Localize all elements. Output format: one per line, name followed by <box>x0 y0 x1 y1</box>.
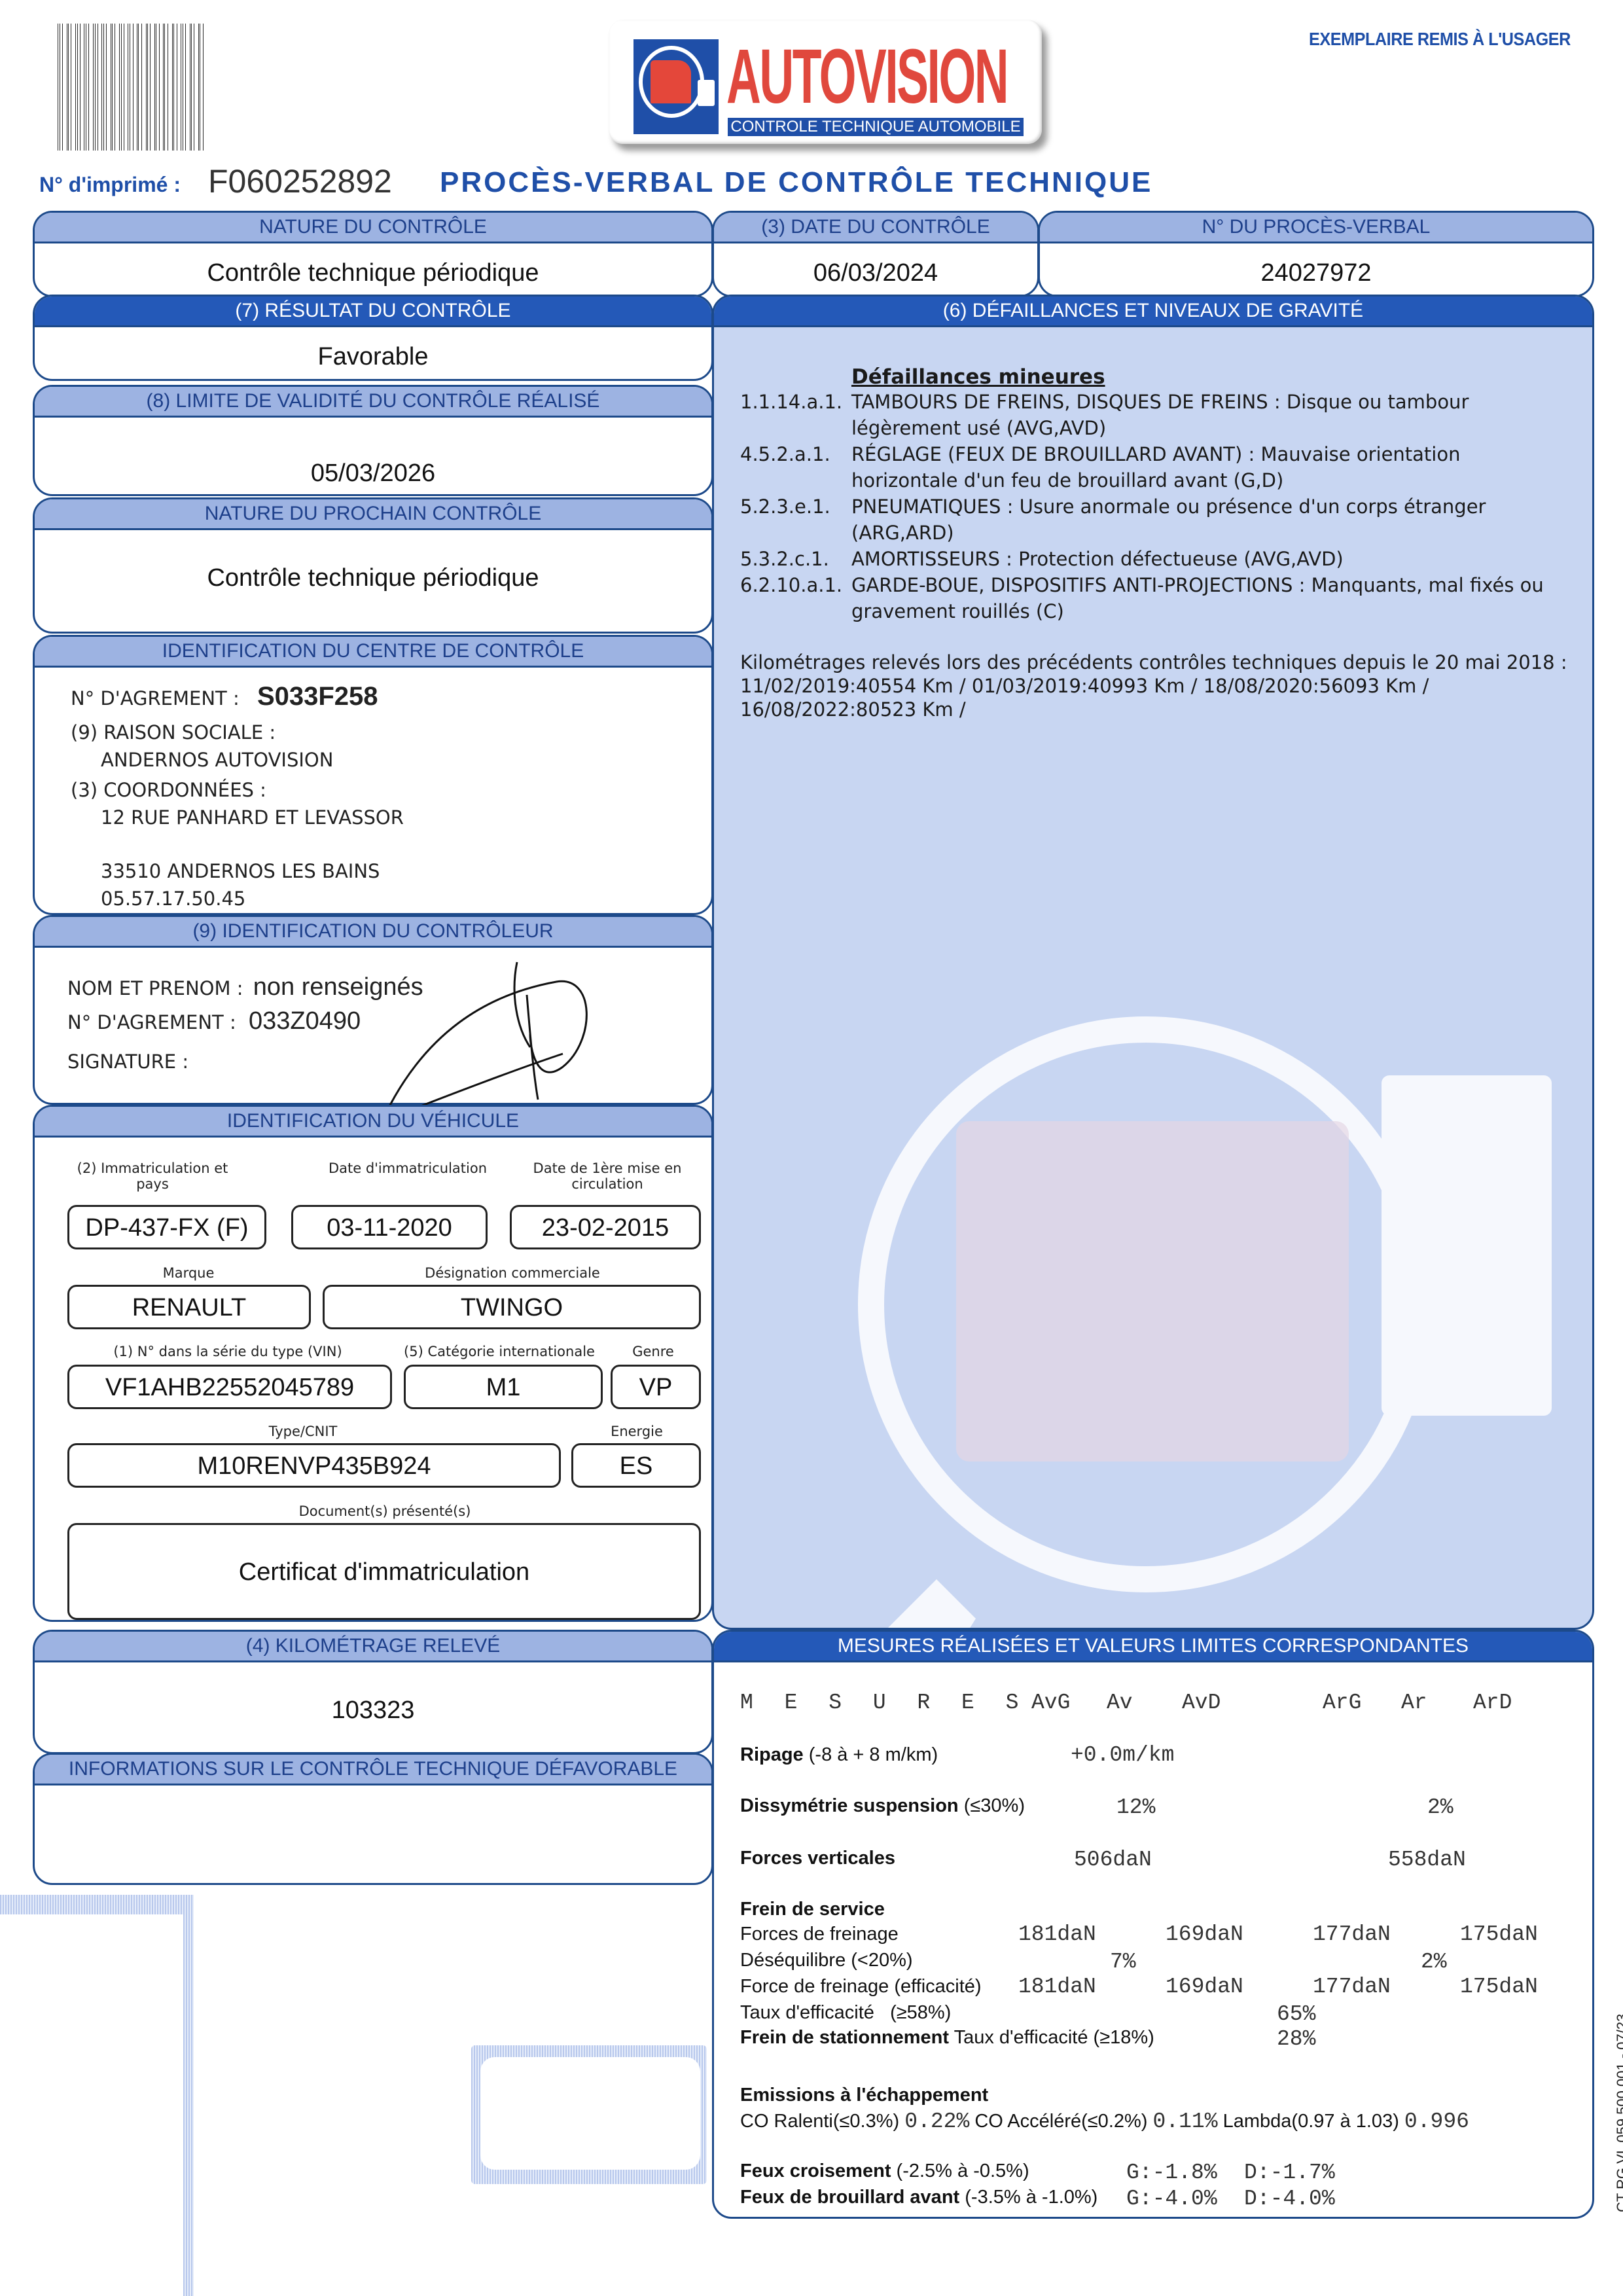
forces-verticales-label: Forces verticales <box>740 1848 895 1869</box>
section-header: (4) KILOMÉTRAGE RELEVÉ <box>35 1632 711 1662</box>
section-header: (7) RÉSULTAT DU CONTRÔLE <box>35 296 711 327</box>
logo-brand: AUTOVISION <box>726 38 1007 115</box>
imprime-number: F060252892 <box>208 162 392 200</box>
imprime-label: N° d'imprimé : <box>39 173 181 197</box>
taux-efficacite-label: Taux d'efficacité (≥58%) <box>740 2002 951 2024</box>
marque-label: Marque <box>67 1265 310 1281</box>
co-ralenti-value: 0.22% <box>904 2109 969 2134</box>
forces-freinage-avd: 169daN <box>1166 1922 1243 1946</box>
controleur-nom-label: NOM ET PRENOM : <box>67 977 243 999</box>
date-circ-label: Date de 1ère mise en circulation <box>519 1160 696 1192</box>
date-circ-value: 23-02-2015 <box>510 1205 701 1249</box>
section-date-controle: (3) DATE DU CONTRÔLE 06/03/2024 <box>712 211 1039 297</box>
date-controle-value: 06/03/2024 <box>714 243 1037 287</box>
frein-stationnement-label: Frein de stationnement <box>740 2027 949 2048</box>
section-limite-validite: (8) LIMITE DE VALIDITÉ DU CONTRÔLE RÉALI… <box>33 385 713 496</box>
feux-brouillard-d: D:-4.0% <box>1244 2187 1335 2211</box>
defaillance-item: 1.1.14.a.1.TAMBOURS DE FREINS, DISQUES D… <box>740 389 1573 441</box>
logo-tagline: CONTROLE TECHNIQUE AUTOMOBILE <box>728 118 1024 136</box>
section-header: NATURE DU CONTRÔLE <box>35 213 711 243</box>
categorie-label: (5) Catégorie internationale <box>401 1344 597 1359</box>
defaillances-heading: Défaillances mineures <box>851 365 1573 389</box>
autovision-logo: AUTOVISION CONTROLE TECHNIQUE AUTOMOBILE <box>609 20 1042 144</box>
dissymetrie-av: 12% <box>1116 1795 1155 1820</box>
magnifier-car-icon <box>633 39 719 134</box>
marque-value: RENAULT <box>67 1285 311 1329</box>
km-history: 11/02/2019:40554 Km / 01/03/2019:40993 K… <box>740 674 1573 721</box>
nature-controle-value: Contrôle technique périodique <box>35 243 711 287</box>
defaillance-code: 4.5.2.a.1. <box>740 441 851 493</box>
defaillance-code: 6.2.10.a.1. <box>740 572 851 624</box>
form-reference-code: CT RG VL 059 500 001 - 07/23 <box>1614 2014 1623 2212</box>
section-header: N° DU PROCÈS-VERBAL <box>1040 213 1592 243</box>
section-header: IDENTIFICATION DU VÉHICULE <box>35 1107 711 1138</box>
section-prochain-controle: NATURE DU PROCHAIN CONTRÔLE Contrôle tec… <box>33 497 713 634</box>
defaillance-item: 4.5.2.a.1.RÉGLAGE (FEUX DE BROUILLARD AV… <box>740 441 1573 493</box>
phone: 05.57.17.50.45 <box>71 885 404 912</box>
date-immat-value: 03-11-2020 <box>291 1205 488 1249</box>
section-header: INFORMATIONS SUR LE CONTRÔLE TECHNIQUE D… <box>35 1755 711 1785</box>
col-avg: AvG <box>1031 1691 1070 1715</box>
raison-sociale-label: (9) RAISON SOCIALE : <box>71 719 404 746</box>
genre-label: Genre <box>604 1344 702 1359</box>
section-centre: IDENTIFICATION DU CENTRE DE CONTRÔLE N° … <box>33 635 713 915</box>
forces-freinage-arg: 177daN <box>1313 1922 1391 1946</box>
efficacite-avd: 169daN <box>1166 1975 1243 1999</box>
categorie-value: M1 <box>404 1365 603 1409</box>
km-history-intro: Kilométrages relevés lors des précédents… <box>740 651 1573 674</box>
limite-validite-value: 05/03/2026 <box>35 418 711 488</box>
forces-verticales-av: 506daN <box>1074 1848 1152 1872</box>
section-mesures: MESURES RÉALISÉES ET VALEURS LIMITES COR… <box>712 1630 1594 2219</box>
section-header: NATURE DU PROCHAIN CONTRÔLE <box>35 499 711 530</box>
efficacite-avg: 181daN <box>1018 1975 1096 1999</box>
section-numero-pv: N° DU PROCÈS-VERBAL 24027972 <box>1038 211 1594 297</box>
taux-efficacite-value: 65% <box>1277 2002 1315 2026</box>
lambda-label: Lambda(0.97 à 1.03) <box>1223 2111 1399 2132</box>
defaillance-item: 6.2.10.a.1.GARDE-BOUE, DISPOSITIFS ANTI-… <box>740 572 1573 624</box>
frein-stationnement-taux-label: Taux d'efficacité (≥18%) <box>954 2027 1154 2048</box>
defaillance-item: 5.2.3.e.1.PNEUMATIQUES : Usure anormale … <box>740 493 1573 546</box>
feux-croisement-g: G:-1.8% <box>1126 2161 1217 2185</box>
signature-scribble <box>366 956 641 1119</box>
dissymetrie-limit: (≤30%) <box>964 1795 1025 1816</box>
dissymetrie-ar: 2% <box>1427 1795 1454 1820</box>
co-accelere-value: 0.11% <box>1153 2109 1218 2134</box>
vin-label: (1) N° dans la série du type (VIN) <box>67 1344 388 1359</box>
section-kilometrage: (4) KILOMÉTRAGE RELEVÉ 103323 <box>33 1630 713 1754</box>
forces-freinage-ard: 175daN <box>1460 1922 1538 1946</box>
desequilibre-av: 7% <box>1110 1950 1136 1974</box>
resultat-value: Favorable <box>35 327 711 371</box>
page-title: PROCÈS-VERBAL DE CONTRÔLE TECHNIQUE <box>440 166 1152 199</box>
section-nature-controle: NATURE DU CONTRÔLE Contrôle technique pé… <box>33 211 713 297</box>
hatched-frame <box>0 1895 194 1914</box>
desequilibre-label: Déséquilibre (<20%) <box>740 1950 913 1971</box>
documents-label: Document(s) présenté(s) <box>67 1503 702 1519</box>
section-defaillances: (6) DÉFAILLANCES ET NIVEAUX DE GRAVITÉ D… <box>712 295 1594 1630</box>
feux-croisement-d: D:-1.7% <box>1244 2161 1335 2185</box>
ripage-value: +0.0m/km <box>1071 1743 1174 1767</box>
efficacite-ard: 175daN <box>1460 1975 1538 1999</box>
hatched-frame <box>183 1895 194 2296</box>
defaillance-item: 5.3.2.c.1.AMORTISSEURS : Protection défe… <box>740 546 1573 572</box>
immat-label: (2) Immatriculation et pays <box>67 1160 238 1192</box>
genre-value: VP <box>611 1365 701 1409</box>
forces-freinage-avg: 181daN <box>1018 1922 1096 1946</box>
section-header: (6) DÉFAILLANCES ET NIVEAUX DE GRAVITÉ <box>714 296 1592 327</box>
ripage-limit: (-8 à + 8 m/km) <box>809 1744 938 1765</box>
barcode <box>58 24 207 151</box>
numero-pv-value: 24027972 <box>1040 243 1592 287</box>
defaillance-text: GARDE-BOUE, DISPOSITIFS ANTI-PROJECTIONS… <box>851 572 1573 624</box>
efficacite-arg: 177daN <box>1313 1975 1391 1999</box>
defaillance-code: 5.2.3.e.1. <box>740 493 851 546</box>
col-ar: Ar <box>1401 1691 1427 1715</box>
hatched-frame <box>471 2045 707 2184</box>
frein-service-label: Frein de service <box>740 1899 885 1920</box>
prochain-controle-value: Contrôle technique périodique <box>35 530 711 592</box>
desequilibre-ar: 2% <box>1421 1950 1447 1974</box>
raison-sociale-value: ANDERNOS AUTOVISION <box>71 746 404 774</box>
feux-croisement-limit: (-2.5% à -0.5%) <box>897 2161 1029 2181</box>
section-defavorable: INFORMATIONS SUR LE CONTRÔLE TECHNIQUE D… <box>33 1753 713 1885</box>
section-header: IDENTIFICATION DU CENTRE DE CONTRÔLE <box>35 637 711 668</box>
centre-agrement-value: S033F258 <box>257 682 378 711</box>
defaillance-code: 1.1.14.a.1. <box>740 389 851 441</box>
section-vehicule: IDENTIFICATION DU VÉHICULE (2) Immatricu… <box>33 1105 713 1622</box>
address-line2: 33510 ANDERNOS LES BAINS <box>71 857 404 885</box>
vin-value: VF1AHB22552045789 <box>67 1365 392 1409</box>
controleur-agrement-label: N° D'AGREMENT : <box>67 1011 236 1033</box>
frein-stationnement-value: 28% <box>1277 2027 1315 2051</box>
designation-label: Désignation commerciale <box>323 1265 702 1281</box>
feux-brouillard-g: G:-4.0% <box>1126 2187 1217 2211</box>
type-label: Type/CNIT <box>67 1424 539 1439</box>
co-accelere-label: CO Accéléré(≤0.2%) <box>974 2111 1147 2132</box>
section-header: (3) DATE DU CONTRÔLE <box>714 213 1037 243</box>
section-header: (8) LIMITE DE VALIDITÉ DU CONTRÔLE RÉALI… <box>35 387 711 418</box>
date-immat-label: Date d'immatriculation <box>310 1160 506 1176</box>
type-value: M10RENVP435B924 <box>67 1443 561 1488</box>
controleur-agrement-value: 033Z0490 <box>249 1007 361 1035</box>
dissymetrie-label: Dissymétrie suspension <box>740 1795 959 1816</box>
energie-value: ES <box>571 1443 701 1488</box>
feux-croisement-label: Feux croisement <box>740 2161 891 2181</box>
section-header: (9) IDENTIFICATION DU CONTRÔLEUR <box>35 917 711 948</box>
defaillance-text: RÉGLAGE (FEUX DE BROUILLARD AVANT) : Mau… <box>851 441 1573 493</box>
immat-value: DP-437-FX (F) <box>67 1205 266 1249</box>
kilometrage-value: 103323 <box>35 1662 711 1725</box>
col-av: Av <box>1107 1691 1133 1715</box>
col-avd: AvD <box>1182 1691 1221 1715</box>
co-ralenti-label: CO Ralenti(≤0.3%) <box>740 2111 899 2132</box>
feux-brouillard-label: Feux de brouillard avant <box>740 2187 959 2208</box>
defaillance-text: PNEUMATIQUES : Usure anormale ou présenc… <box>851 493 1573 546</box>
col-arg: ArG <box>1323 1691 1361 1715</box>
defaillance-text: AMORTISSEURS : Protection défectueuse (A… <box>851 546 1573 572</box>
emissions-label: Emissions à l'échappement <box>740 2085 988 2106</box>
address-line1: 12 RUE PANHARD ET LEVASSOR <box>71 804 404 831</box>
defaillance-text: TAMBOURS DE FREINS, DISQUES DE FREINS : … <box>851 389 1573 441</box>
defaillance-code: 5.3.2.c.1. <box>740 546 851 572</box>
feux-brouillard-limit: (-3.5% à -1.0%) <box>965 2187 1097 2208</box>
forces-freinage-label: Forces de freinage <box>740 1924 899 1945</box>
ripage-label: Ripage <box>740 1744 804 1765</box>
centre-agrement-label: N° D'AGREMENT : <box>71 687 240 709</box>
col-ard: ArD <box>1473 1691 1512 1715</box>
efficacite-label: Force de freinage (efficacité) <box>740 1976 982 1998</box>
coordonnees-label: (3) COORDONNÉES : <box>71 776 404 804</box>
documents-value: Certificat d'immatriculation <box>67 1523 701 1620</box>
energie-label: Energie <box>571 1424 702 1439</box>
mesures-title: M E S U R E S <box>740 1691 1027 1715</box>
lambda-value: 0.996 <box>1404 2109 1469 2134</box>
forces-verticales-ar: 558daN <box>1388 1848 1466 1872</box>
autovision-watermark-icon <box>806 990 1578 1630</box>
defaillances-list: 1.1.14.a.1.TAMBOURS DE FREINS, DISQUES D… <box>740 389 1573 624</box>
section-resultat: (7) RÉSULTAT DU CONTRÔLE Favorable <box>33 295 713 381</box>
copy-note: EXEMPLAIRE REMIS À L'USAGER <box>1309 29 1571 50</box>
designation-value: TWINGO <box>323 1285 701 1329</box>
